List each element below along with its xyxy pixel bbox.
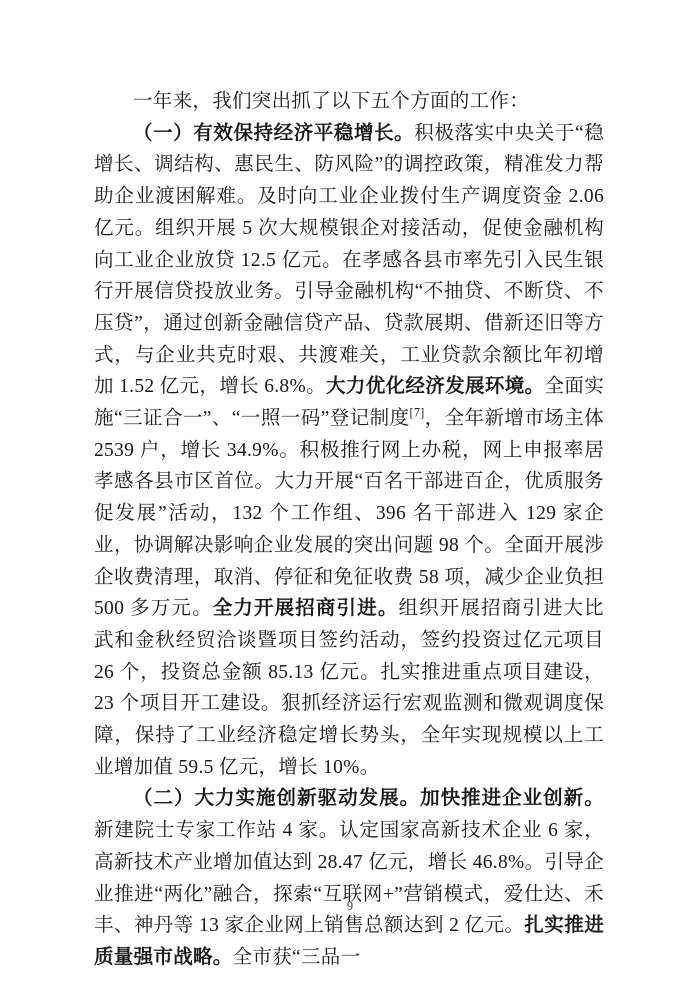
paragraph: （一）有效保持经济平稳增长。积极落实中央关于“稳增长、调结构、惠民生、防风险”的… — [94, 118, 604, 784]
text-run: ，全年新增市场主体 2539 户，增长 34.9%。积极推行网上办税，网上申报率… — [94, 408, 604, 619]
paragraph: 一年来，我们突出抓了以下五个方面的工作： — [94, 86, 604, 118]
bold-text-run: 全力开展招商引进。 — [213, 598, 399, 619]
text-run: 一年来，我们突出抓了以下五个方面的工作： — [133, 91, 529, 112]
text-run: 组织开展招商引进大比武和金秋经贸洽谈暨项目签约活动，签约投资过亿元项目 26 个… — [94, 598, 604, 778]
footnote-reference: [7] — [410, 406, 425, 420]
page-footer: 9 — [0, 897, 700, 915]
bold-text-run: 加快推进企业创新。 — [420, 788, 604, 809]
bold-text-run: （二）大力实施创新驱动发展。 — [133, 788, 420, 809]
document-page: 一年来，我们突出抓了以下五个方面的工作：（一）有效保持经济平稳增长。积极落实中央… — [0, 0, 700, 990]
bold-text-run: 大力优化经济发展环境。 — [326, 376, 545, 397]
document-text: 一年来，我们突出抓了以下五个方面的工作：（一）有效保持经济平稳增长。积极落实中央… — [94, 86, 604, 974]
text-run: 积极落实中央关于“稳增长、调结构、惠民生、防风险”的调控政策，精准发力帮助企业渡… — [94, 123, 604, 398]
text-run: 全市获“三品一 — [233, 947, 361, 968]
paragraph: （二）大力实施创新驱动发展。加快推进企业创新。新建院士专家工作站 4 家。认定国… — [94, 783, 604, 973]
page-number: 9 — [347, 899, 353, 913]
bold-text-run: （一）有效保持经济平稳增长。 — [133, 123, 414, 144]
